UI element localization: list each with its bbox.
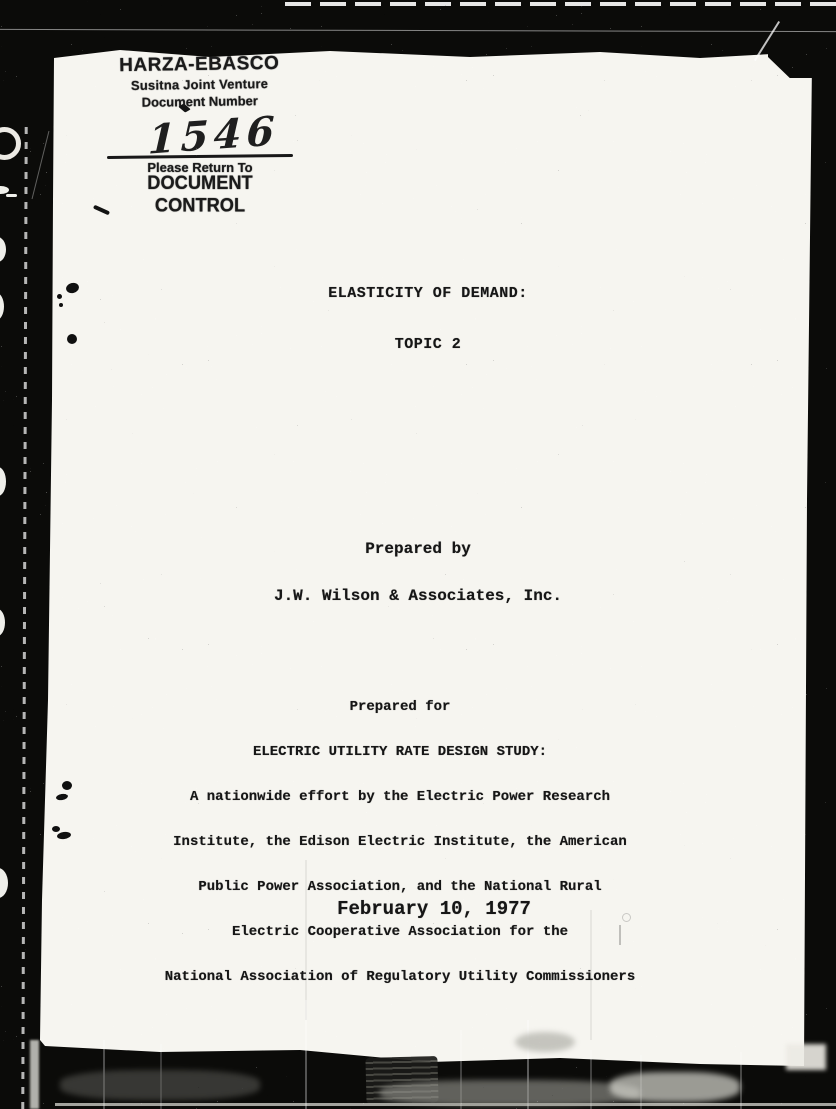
prepared-for-line: Public Power Association, and the Nation… [24, 880, 776, 895]
binder-hole-mark [0, 293, 4, 320]
scan-bottom-texture [610, 1072, 740, 1102]
scan-diagonal-scratch [32, 131, 50, 199]
prepared-by-block: Prepared by J.W. Wilson & Associates, In… [42, 511, 794, 620]
report-title: ELASTICITY OF DEMAND: TOPIC 2 [52, 251, 804, 370]
binder-hole-mark [0, 237, 6, 262]
binder-hole-mark [6, 194, 17, 197]
scan-horizontal-scratch [0, 29, 836, 32]
prepared-by-name: J.W. Wilson & Associates, Inc. [42, 589, 794, 605]
binder-hole-mark [0, 186, 9, 194]
binder-hole-mark [0, 609, 5, 636]
report-title-line1: ELASTICITY OF DEMAND: [52, 285, 804, 302]
prepared-for-line: National Association of Regulatory Utili… [24, 970, 776, 985]
document-control-stamp: HARZA-EBASCO Susitna Joint Venture Docum… [112, 53, 288, 110]
prepared-for-line: ELECTRIC UTILITY RATE DESIGN STUDY: [24, 745, 776, 760]
scan-bottom-texture [60, 1070, 260, 1100]
scanned-document-page: { "document": { "stamp": { "org": "HARZA… [0, 0, 836, 1109]
report-date: February 10, 1977 [58, 898, 810, 920]
binder-hole-mark [0, 467, 6, 496]
report-title-line2: TOPIC 2 [52, 336, 804, 353]
prepared-for-line: Institute, the Edison Electric Institute… [24, 835, 776, 850]
stamp-document-control-label: DOCUMENT CONTROL [116, 172, 285, 218]
stamp-org-name: HARZA-EBASCO [112, 53, 287, 77]
scan-bottom-texture [515, 1032, 575, 1052]
stamp-venture-name: Susitna Joint Venture [112, 76, 287, 93]
prepared-for-line: A nationwide effort by the Electric Powe… [24, 790, 776, 805]
prepared-for-line: Electric Cooperative Association for the [24, 925, 776, 940]
prepared-for-line: Prepared for [24, 700, 776, 715]
scan-bottom-white-streak [30, 1040, 39, 1109]
binder-hole-mark [0, 127, 21, 160]
scan-bottom-texture [380, 1080, 640, 1106]
binder-hole-mark [0, 868, 8, 898]
prepared-for-block: Prepared for ELECTRIC UTILITY RATE DESIG… [24, 670, 776, 1000]
scan-top-broken-line [285, 2, 836, 6]
prepared-by-label: Prepared by [42, 542, 794, 558]
